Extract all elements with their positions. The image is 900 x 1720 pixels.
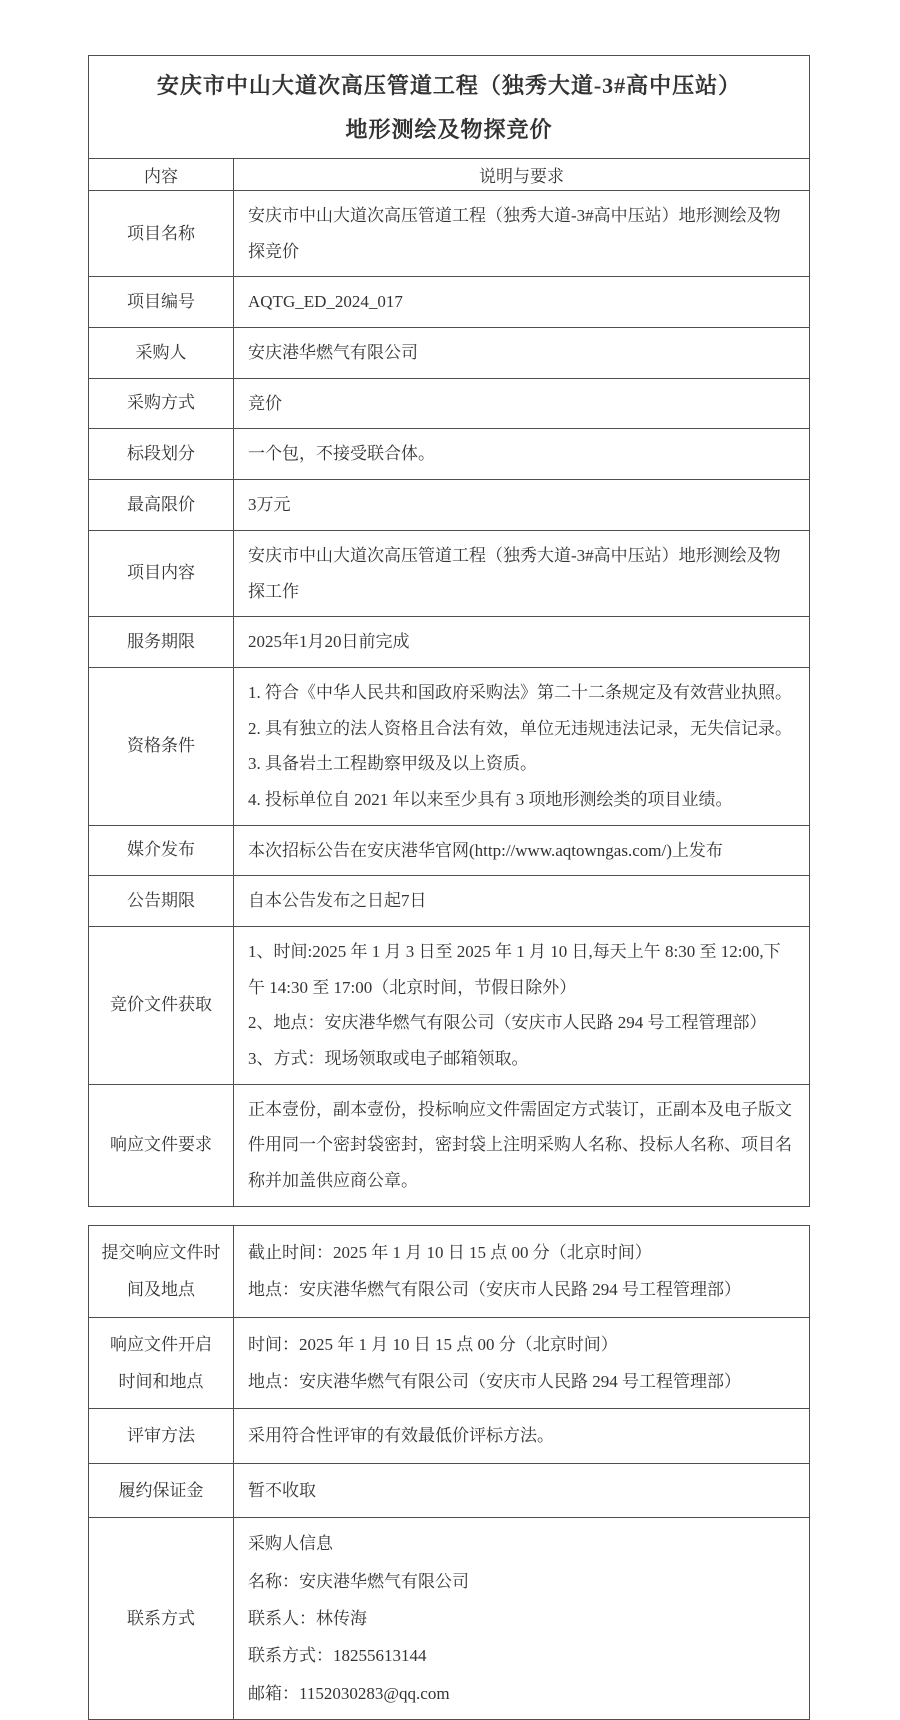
row-label-line: 时间和地点 [93, 1363, 229, 1400]
row-label-line: 公告期限 [93, 885, 229, 917]
content-line: 暂不收取 [248, 1472, 795, 1509]
content-line: 邮箱：1152030283@qq.com [248, 1675, 795, 1712]
table-row: 最高限价3万元 [89, 479, 809, 530]
table-row: 响应文件要求正本壹份，副本壹份，投标响应文件需固定方式装订，正副本及电子版文件用… [89, 1084, 809, 1206]
row-label-line: 最高限价 [93, 489, 229, 521]
row-content: 安庆市中山大道次高压管道工程（独秀大道-3#高中压站）地形测绘及物探竞价 [234, 191, 809, 276]
content-line: 4. 投标单位自 2021 年以来至少具有 3 项地形测绘类的项目业绩。 [248, 782, 795, 818]
header-col-content: 内容 [89, 159, 234, 190]
table-row: 响应文件开启时间和地点时间：2025 年 1 月 10 日 15 点 00 分（… [89, 1317, 809, 1409]
row-label-line: 采购方式 [93, 387, 229, 419]
row-content: 一个包，不接受联合体。 [234, 429, 809, 479]
row-label: 响应文件开启时间和地点 [89, 1318, 234, 1409]
row-label-line: 提交响应文件时 [93, 1234, 229, 1271]
table-row: 竞价文件获取1、时间:2025 年 1 月 3 日至 2025 年 1 月 10… [89, 926, 809, 1084]
row-label-line: 项目内容 [93, 557, 229, 589]
row-label: 标段划分 [89, 429, 234, 479]
row-content: 正本壹份，副本壹份，投标响应文件需固定方式装订，正副本及电子版文件用同一个密封袋… [234, 1085, 809, 1206]
content-line: 时间：2025 年 1 月 10 日 15 点 00 分（北京时间） [248, 1326, 795, 1363]
row-label: 联系方式 [89, 1518, 234, 1719]
row-content: 暂不收取 [234, 1464, 809, 1517]
row-content: 2025年1月20日前完成 [234, 617, 809, 667]
row-label-line: 竞价文件获取 [93, 989, 229, 1021]
row-content: AQTG_ED_2024_017 [234, 277, 809, 327]
table-gap [88, 1207, 810, 1225]
row-label-line: 项目编号 [93, 286, 229, 318]
row-label-line: 响应文件开启 [93, 1326, 229, 1363]
content-line: 3、方式：现场领取或电子邮箱领取。 [248, 1041, 795, 1077]
content-line: 2、地点：安庆港华燃气有限公司（安庆市人民路 294 号工程管理部） [248, 1005, 795, 1041]
table-row: 采购方式竞价 [89, 378, 809, 429]
row-content: 1. 符合《中华人民共和国政府采购法》第二十二条规定及有效营业执照。2. 具有独… [234, 668, 809, 825]
row-label-line: 媒介发布 [93, 834, 229, 866]
content-line: 联系人：林传海 [248, 1600, 795, 1637]
row-label: 响应文件要求 [89, 1085, 234, 1206]
row-label-line: 间及地点 [93, 1271, 229, 1308]
row-label: 项目名称 [89, 191, 234, 276]
header-col-requirements: 说明与要求 [234, 159, 809, 190]
row-label: 采购人 [89, 328, 234, 378]
row-label: 资格条件 [89, 668, 234, 825]
row-label: 媒介发布 [89, 826, 234, 876]
row-content: 1、时间:2025 年 1 月 3 日至 2025 年 1 月 10 日,每天上… [234, 927, 809, 1084]
row-label: 最高限价 [89, 480, 234, 530]
title-line-2: 地形测绘及物探竞价 [99, 108, 799, 152]
table-row: 服务期限2025年1月20日前完成 [89, 616, 809, 667]
row-label: 提交响应文件时间及地点 [89, 1226, 234, 1317]
row-label: 公告期限 [89, 876, 234, 926]
document: 安庆市中山大道次高压管道工程（独秀大道-3#高中压站） 地形测绘及物探竞价 内容… [88, 55, 810, 1720]
table-row: 联系方式采购人信息名称：安庆港华燃气有限公司联系人：林传海联系方式：182556… [89, 1517, 809, 1719]
table-row: 提交响应文件时间及地点截止时间：2025 年 1 月 10 日 15 点 00 … [89, 1226, 809, 1317]
content-line: 联系方式：18255613144 [248, 1637, 795, 1674]
row-label-line: 标段划分 [93, 438, 229, 470]
content-line: 1. 符合《中华人民共和国政府采购法》第二十二条规定及有效营业执照。 [248, 675, 795, 711]
table-row: 采购人安庆港华燃气有限公司 [89, 327, 809, 378]
content-line: 竞价 [248, 386, 795, 422]
row-label-line: 响应文件要求 [93, 1129, 229, 1161]
row-label-line: 采购人 [93, 337, 229, 369]
content-line: 3万元 [248, 487, 795, 523]
row-label-line: 履约保证金 [93, 1472, 229, 1509]
row-label-line: 评审方法 [93, 1417, 229, 1454]
row-label: 履约保证金 [89, 1464, 234, 1517]
row-label: 项目编号 [89, 277, 234, 327]
row-content: 采购人信息名称：安庆港华燃气有限公司联系人：林传海联系方式：1825561314… [234, 1518, 809, 1719]
row-content: 本次招标公告在安庆港华官网(http://www.aqtowngas.com/)… [234, 826, 809, 876]
content-line: 名称：安庆港华燃气有限公司 [248, 1563, 795, 1600]
content-line: 2025年1月20日前完成 [248, 624, 795, 660]
content-line: 地点：安庆港华燃气有限公司（安庆市人民路 294 号工程管理部） [248, 1363, 795, 1400]
content-line: 采用符合性评审的有效最低价评标方法。 [248, 1417, 795, 1454]
secondary-table: 提交响应文件时间及地点截止时间：2025 年 1 月 10 日 15 点 00 … [88, 1225, 810, 1720]
row-content: 截止时间：2025 年 1 月 10 日 15 点 00 分（北京时间）地点：安… [234, 1226, 809, 1317]
row-label: 竞价文件获取 [89, 927, 234, 1084]
content-line: 截止时间：2025 年 1 月 10 日 15 点 00 分（北京时间） [248, 1234, 795, 1271]
table-row: 公告期限自本公告发布之日起7日 [89, 875, 809, 926]
row-label-line: 联系方式 [93, 1600, 229, 1637]
content-line: 本次招标公告在安庆港华官网(http://www.aqtowngas.com/)… [248, 833, 795, 869]
document-title: 安庆市中山大道次高压管道工程（独秀大道-3#高中压站） 地形测绘及物探竞价 [89, 56, 809, 158]
row-content: 自本公告发布之日起7日 [234, 876, 809, 926]
table-row: 媒介发布本次招标公告在安庆港华官网(http://www.aqtowngas.c… [89, 825, 809, 876]
row-label-line: 服务期限 [93, 626, 229, 658]
content-line: 正本壹份，副本壹份，投标响应文件需固定方式装订，正副本及电子版文件用同一个密封袋… [248, 1092, 795, 1199]
table-row: 资格条件1. 符合《中华人民共和国政府采购法》第二十二条规定及有效营业执照。2.… [89, 667, 809, 825]
content-line: 采购人信息 [248, 1525, 795, 1562]
row-content: 时间：2025 年 1 月 10 日 15 点 00 分（北京时间）地点：安庆港… [234, 1318, 809, 1409]
content-line: 自本公告发布之日起7日 [248, 883, 795, 919]
content-line: 地点：安庆港华燃气有限公司（安庆市人民路 294 号工程管理部） [248, 1271, 795, 1308]
content-line: 2. 具有独立的法人资格且合法有效，单位无违规违法记录，无失信记录。 [248, 711, 795, 747]
row-label-line: 项目名称 [93, 218, 229, 250]
table-row: 项目内容安庆市中山大道次高压管道工程（独秀大道-3#高中压站）地形测绘及物探工作 [89, 530, 809, 616]
content-line: AQTG_ED_2024_017 [248, 284, 795, 320]
row-label-line: 资格条件 [93, 730, 229, 762]
content-line: 安庆港华燃气有限公司 [248, 335, 795, 371]
row-label: 采购方式 [89, 379, 234, 429]
content-line: 3. 具备岩土工程勘察甲级及以上资质。 [248, 746, 795, 782]
table-row: 项目名称安庆市中山大道次高压管道工程（独秀大道-3#高中压站）地形测绘及物探竞价 [89, 190, 809, 276]
row-label: 服务期限 [89, 617, 234, 667]
title-line-1: 安庆市中山大道次高压管道工程（独秀大道-3#高中压站） [99, 64, 799, 108]
table-header-row: 内容 说明与要求 [89, 158, 809, 190]
content-line: 1、时间:2025 年 1 月 3 日至 2025 年 1 月 10 日,每天上… [248, 934, 795, 1005]
table-row: 评审方法采用符合性评审的有效最低价评标方法。 [89, 1408, 809, 1462]
row-label: 评审方法 [89, 1409, 234, 1462]
table-row: 项目编号AQTG_ED_2024_017 [89, 276, 809, 327]
main-table: 安庆市中山大道次高压管道工程（独秀大道-3#高中压站） 地形测绘及物探竞价 内容… [88, 55, 810, 1207]
table-row: 履约保证金暂不收取 [89, 1463, 809, 1517]
row-content: 3万元 [234, 480, 809, 530]
row-content: 竞价 [234, 379, 809, 429]
row-content: 安庆市中山大道次高压管道工程（独秀大道-3#高中压站）地形测绘及物探工作 [234, 531, 809, 616]
content-line: 一个包，不接受联合体。 [248, 436, 795, 472]
content-line: 安庆市中山大道次高压管道工程（独秀大道-3#高中压站）地形测绘及物探竞价 [248, 198, 795, 269]
table-row: 标段划分一个包，不接受联合体。 [89, 428, 809, 479]
row-content: 采用符合性评审的有效最低价评标方法。 [234, 1409, 809, 1462]
row-label: 项目内容 [89, 531, 234, 616]
content-line: 安庆市中山大道次高压管道工程（独秀大道-3#高中压站）地形测绘及物探工作 [248, 538, 795, 609]
row-content: 安庆港华燃气有限公司 [234, 328, 809, 378]
